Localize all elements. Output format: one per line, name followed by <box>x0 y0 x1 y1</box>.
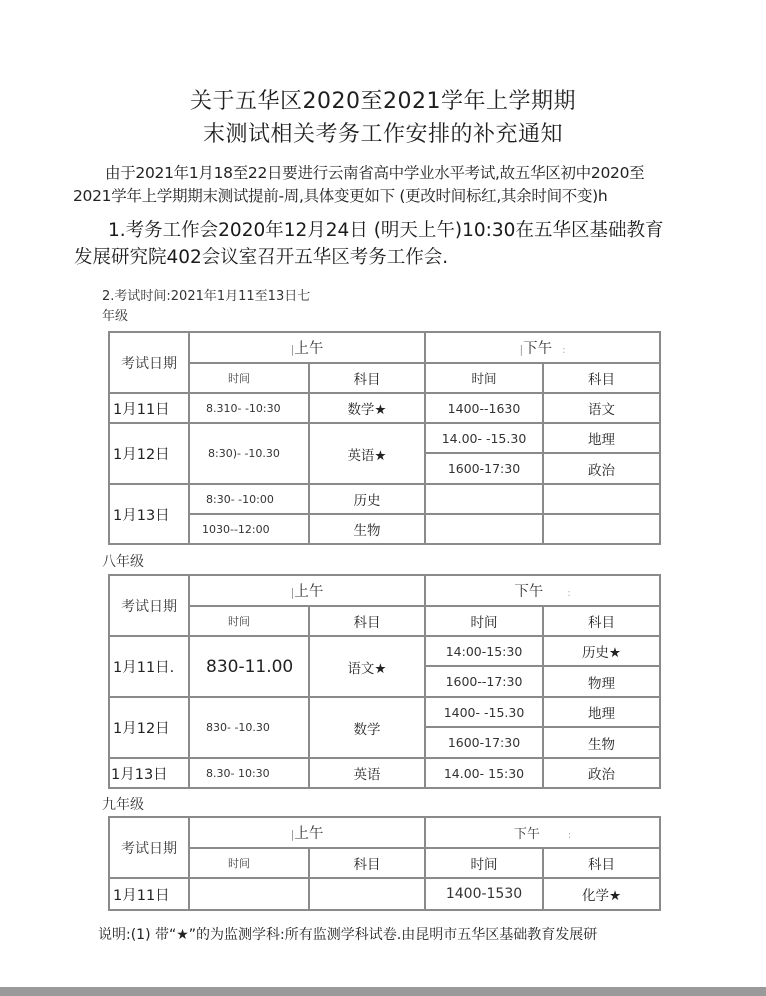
header-exam-date: 考试日期 <box>109 575 189 636</box>
document-title-line1: 关于五华区2020至2021学年上学期期 <box>0 84 766 115</box>
pm-time: 14.00- -15.30 <box>425 423 543 453</box>
header-exam-date: 考试日期 <box>109 817 189 878</box>
table-row: 1月11日. 830-11.00 语文★ 14:00-15:30 历史★ <box>109 636 660 666</box>
exam-date: 1月11日. <box>109 636 189 697</box>
grade7-label: 年级 <box>102 305 128 324</box>
exam-date: 1月12日 <box>109 423 189 484</box>
am-subject <box>309 878 425 910</box>
pm-time: 1600--17:30 <box>425 666 543 697</box>
header-pm-subject: 科目 <box>543 848 660 878</box>
pm-time-empty <box>425 484 543 514</box>
am-subject: 英语★ <box>309 423 425 484</box>
pm-subject: 化学★ <box>543 878 660 910</box>
header-exam-date: 考试日期 <box>109 332 189 393</box>
am-subject: 历史 <box>309 484 425 514</box>
grade9-label: 九年级 <box>102 794 144 814</box>
header-am: |上午 <box>189 817 425 848</box>
pm-subject: 生物 <box>543 727 660 758</box>
header-am-subject: 科目 <box>309 363 425 393</box>
pm-time: 1400- -15.30 <box>425 697 543 727</box>
pm-subject: 物理 <box>543 666 660 697</box>
pm-subject-empty <box>543 484 660 514</box>
pm-subject-empty <box>543 514 660 544</box>
pm-subject: 地理 <box>543 697 660 727</box>
grade9-schedule-table: 考试日期 |上午 下午: 时间 科目 时间 科目 1月11日 1400-1530… <box>108 816 661 911</box>
am-time <box>189 878 309 910</box>
header-pm-time: 时间 <box>425 363 543 393</box>
am-subject: 生物 <box>309 514 425 544</box>
header-am-time: 时间 <box>189 848 309 878</box>
footnote: 说明:(1) 带“★”的为监测学科:所有监测学科试卷.由昆明市五华区基础教育发展… <box>98 924 597 944</box>
exam-date: 1月12日 <box>109 697 189 758</box>
am-subject: 数学 <box>309 697 425 758</box>
header-am: |上午 <box>189 575 425 606</box>
am-time: 8:30- -10:00 <box>189 484 309 514</box>
grade7-schedule-table: 考试日期 |上午 |下午: 时间 科目 时间 科目 1月11日 8.310- -… <box>108 331 661 545</box>
table-row: 1月11日 8.310- -10:30 数学★ 1400--1630 语文 <box>109 393 660 423</box>
header-pm-subject: 科目 <box>543 606 660 636</box>
pm-time: 14.00- 15:30 <box>425 758 543 788</box>
header-am-time: 时间 <box>189 606 309 636</box>
pm-subject: 政治 <box>543 453 660 484</box>
item1-line2: 发展研究院402会议室召开五华区考务工作会. <box>74 243 448 269</box>
am-subject: 英语 <box>309 758 425 788</box>
item1-line1: 1.考务工作会2020年12月24日 (明天上午)10:30在五华区基础教育 <box>108 216 663 242</box>
header-am-subject: 科目 <box>309 848 425 878</box>
pm-subject: 地理 <box>543 423 660 453</box>
item2-line1: 2.考试时间:2021年1月11至13日七 <box>102 285 310 304</box>
am-time: 1030--12:00 <box>189 514 309 544</box>
bottom-scroll-bar <box>0 987 766 996</box>
header-am-subject: 科目 <box>309 606 425 636</box>
table-row: 1月13日 8.30- 10:30 英语 14.00- 15:30 政治 <box>109 758 660 788</box>
table-row: 1月12日 8:30)- -10.30 英语★ 14.00- -15.30 地理 <box>109 423 660 453</box>
pm-time-empty <box>425 514 543 544</box>
grade8-label: 八年级 <box>102 551 144 571</box>
header-pm-time: 时间 <box>425 848 543 878</box>
table-row: 1月13日 8:30- -10:00 历史 <box>109 484 660 514</box>
exam-date: 1月13日 <box>109 484 189 544</box>
intro-line2: 2021学年上学期期末测试提前-周,具体变更如下 (更改时间标红,其余时间不变)… <box>73 184 607 206</box>
header-pm: 下午: <box>425 575 660 606</box>
document-title-line2: 末测试相关考务工作安排的补充通知 <box>0 117 766 148</box>
am-time: 8.30- 10:30 <box>189 758 309 788</box>
intro-line1: 由于2021年1月18至22日要进行云南省高中学业水平考试,故五华区初中2020… <box>105 161 644 183</box>
header-pm: |下午: <box>425 332 660 363</box>
exam-date: 1月13日 <box>109 758 189 788</box>
am-subject: 语文★ <box>309 636 425 697</box>
am-subject: 数学★ <box>309 393 425 423</box>
am-time: 8.310- -10:30 <box>189 393 309 423</box>
pm-time: 14:00-15:30 <box>425 636 543 666</box>
pm-subject: 语文 <box>543 393 660 423</box>
header-pm-subject: 科目 <box>543 363 660 393</box>
header-pm-time: 时间 <box>425 606 543 636</box>
header-pm: 下午: <box>425 817 660 848</box>
exam-date: 1月11日 <box>109 878 189 910</box>
pm-time: 1600-17:30 <box>425 727 543 758</box>
exam-date: 1月11日 <box>109 393 189 423</box>
am-time: 830- -10.30 <box>189 697 309 758</box>
pm-time: 1400--1630 <box>425 393 543 423</box>
table-row: 1月11日 1400-1530 化学★ <box>109 878 660 910</box>
table-row: 1月12日 830- -10.30 数学 1400- -15.30 地理 <box>109 697 660 727</box>
pm-time: 1400-1530 <box>425 878 543 910</box>
am-time: 8:30)- -10.30 <box>189 423 309 484</box>
header-am-time: 时间 <box>189 363 309 393</box>
header-am: |上午 <box>189 332 425 363</box>
pm-time: 1600-17:30 <box>425 453 543 484</box>
am-time: 830-11.00 <box>189 636 309 697</box>
grade8-schedule-table: 考试日期 |上午 下午: 时间 科目 时间 科目 1月11日. 830-11.0… <box>108 574 661 789</box>
pm-subject: 历史★ <box>543 636 660 666</box>
pm-subject: 政治 <box>543 758 660 788</box>
